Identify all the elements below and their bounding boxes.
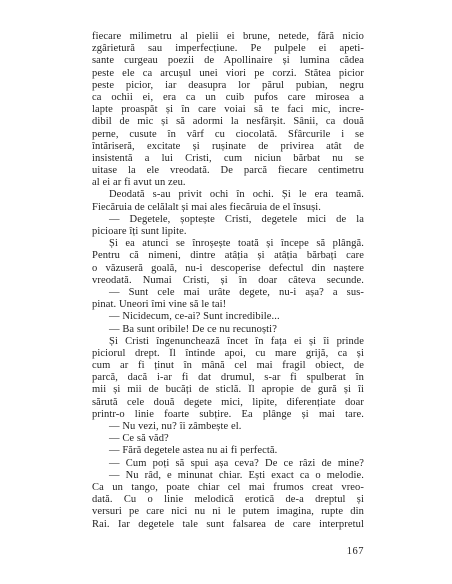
text-line: — Degetele, șoptește Cristi, degetele mi…	[92, 214, 364, 226]
text-line: fiecare milimetru al pielii ei brune, ne…	[92, 31, 364, 43]
text-line: versuri pe care nici nu ni le putem imag…	[92, 506, 364, 518]
text-line: Deodată s-au privit ochi în ochi. Și le …	[92, 189, 364, 201]
text-line: zgârietură sau imperfecțiune. Pe pulpele…	[92, 43, 364, 55]
text-line: — Nu vezi, nu? îi zâmbește el.	[92, 421, 364, 433]
text-line: insistentă a lui Cristi, cum niciun bărb…	[92, 153, 364, 165]
text-line: ca ochii ei, era ca un cuib pufos care m…	[92, 92, 364, 104]
text-line: piciorul drept. Îl întinde apoi, cu mare…	[92, 348, 364, 360]
text-line: sante curgeau poezii de Apollinaire și l…	[92, 55, 364, 67]
text-line: Ca un tango, poate chiar cel mai frumos …	[92, 482, 364, 494]
text-line: vreodată. Numai Cristi, și în doar câtev…	[92, 275, 364, 287]
page-number: 167	[92, 546, 364, 558]
page-text: fiecare milimetru al pielii ei brune, ne…	[92, 31, 364, 531]
text-line: printr-o linie foarte subțire. Ea plânge…	[92, 409, 364, 421]
text-line: mii și mii de bucăți de sticlă. Îl aprop…	[92, 384, 364, 396]
text-line: Rai. Iar degetele tale sunt falsarea de …	[92, 519, 364, 531]
text-line: întăriseră, excitate și rușinate de priv…	[92, 141, 364, 153]
text-line: — Fără degetele astea nu ai fi perfectă.	[92, 445, 364, 457]
text-line: — Nicidecum, ce-ai? Sunt incredibile...	[92, 311, 364, 323]
text-line: sărută cele două degete mici, lipite, di…	[92, 397, 364, 409]
text-line: pinat. Uneori îmi vine să le tai!	[92, 299, 364, 311]
text-line: peste picior, iar deasupra lor părul pub…	[92, 80, 364, 92]
text-line: uitase la ele vreodată. De parcă fiecare…	[92, 165, 364, 177]
text-line: — Nu râd, e minunat chiar. Ești exact ca…	[92, 470, 364, 482]
text-line: dibil de mic și să adormi la nesfârșit. …	[92, 116, 364, 128]
text-line: — Cum poți să spui așa ceva? De ce râzi …	[92, 458, 364, 470]
text-line: — Sunt cele mai urâte degete, nu-i așa? …	[92, 287, 364, 299]
text-line: picioare îți sunt lipite.	[92, 226, 364, 238]
text-line: Fiecăruia de celălalt și mai ales fiecăr…	[92, 202, 364, 214]
text-line: parcă, dacă i-ar fi dat drumul, s-ar fi …	[92, 372, 364, 384]
text-line: dată. Cu o linie melodică erotică de-a d…	[92, 494, 364, 506]
book-page: fiecare milimetru al pielii ei brune, ne…	[0, 0, 452, 584]
text-line: Pentru că nimeni, dintre atâția și atâți…	[92, 250, 364, 262]
text-line: Și Cristi îngenunchează încet în fața ei…	[92, 336, 364, 348]
text-line: cum ar fi ținut în mână cel mai fragil o…	[92, 360, 364, 372]
text-line: peste ele ca arcușul unei viori pe corzi…	[92, 68, 364, 80]
text-line: Și ea atunci se înroșește toată și încep…	[92, 238, 364, 250]
text-line: — Ba sunt oribile! De ce nu recunoști?	[92, 324, 364, 336]
text-line: al ei ar fi avut un zeu.	[92, 177, 364, 189]
text-line: perne, cusute în vârf cu ciocolată. Sfâr…	[92, 129, 364, 141]
text-line: lapte proaspăt și în care voiai să te fa…	[92, 104, 364, 116]
text-line: o văzuseră goală, nu-i descoperise defec…	[92, 263, 364, 275]
text-line: — Ce să văd?	[92, 433, 364, 445]
